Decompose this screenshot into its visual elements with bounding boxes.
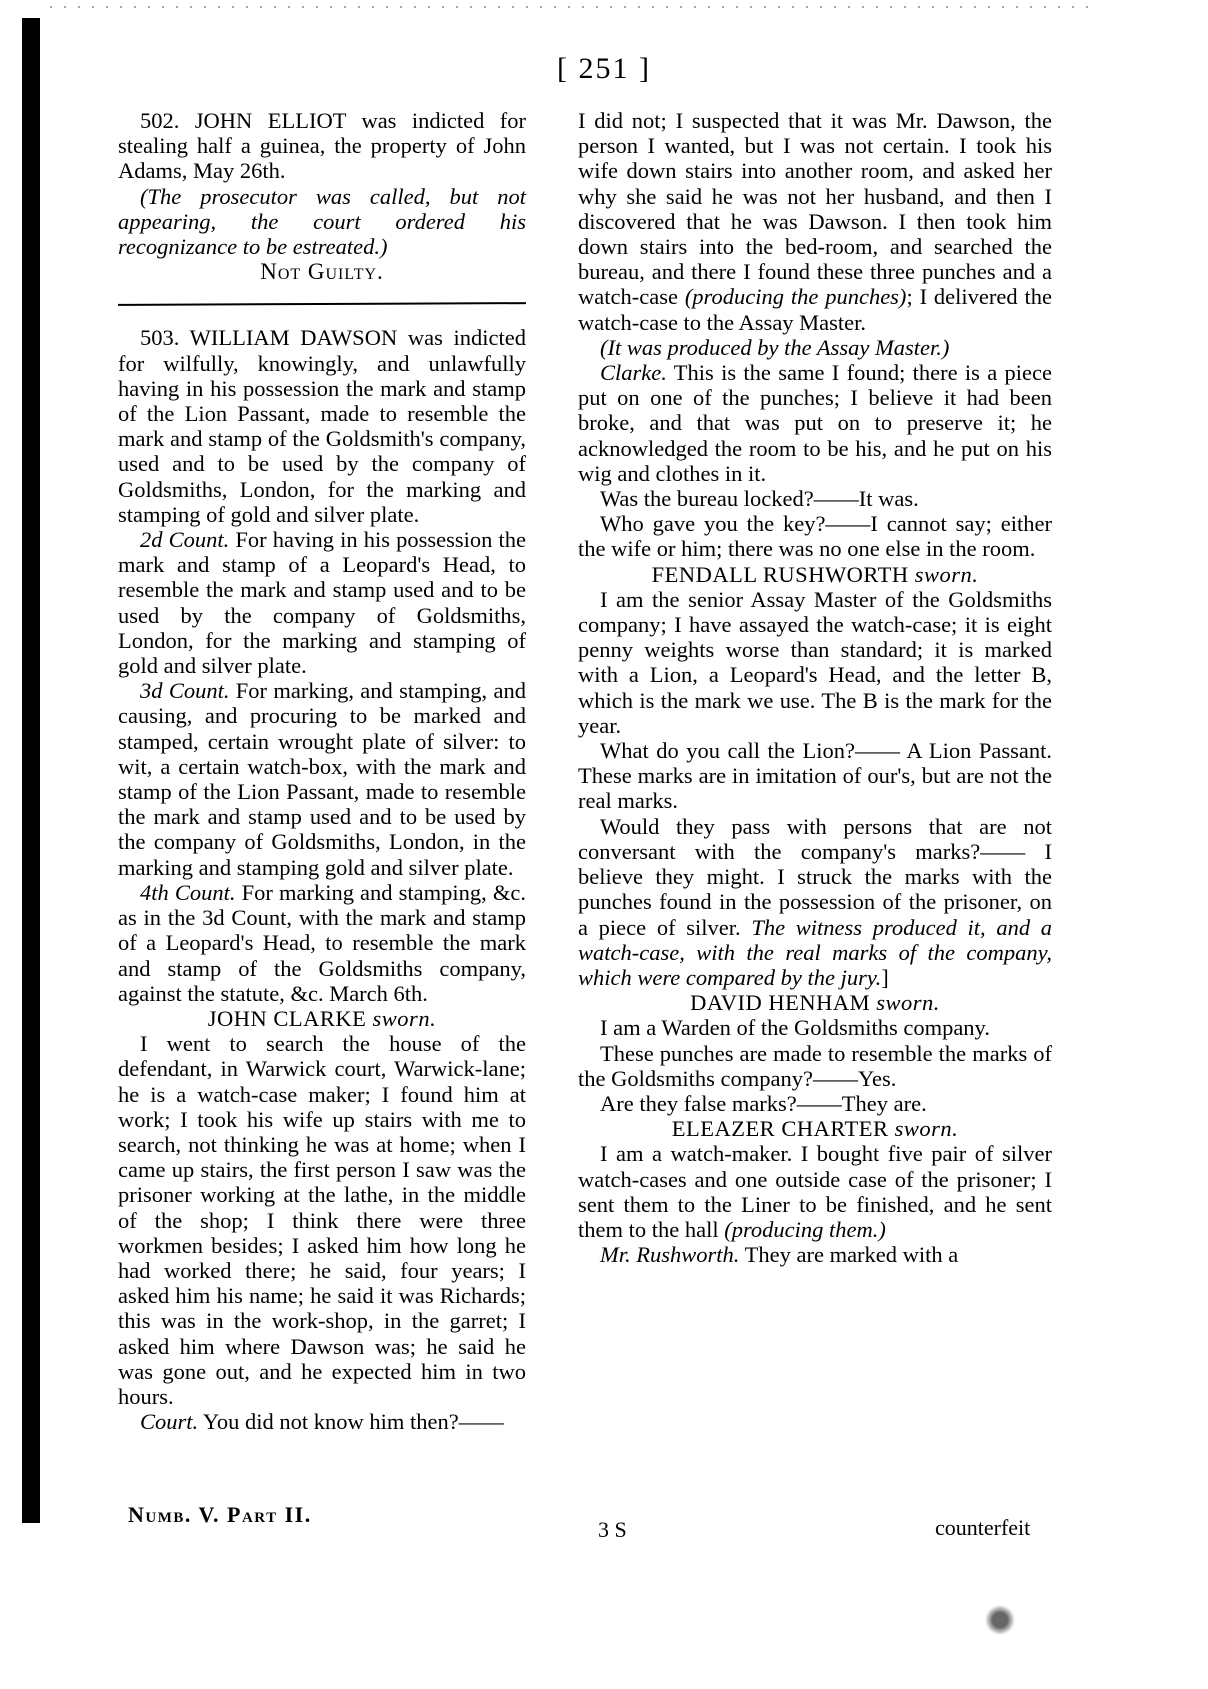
witness-heading-rushworth: FENDALL RUSHWORTH sworn. (578, 562, 1052, 587)
witness-heading-henham: DAVID HENHAM sworn. (578, 990, 1052, 1015)
ink-smudge (980, 1605, 1020, 1635)
clarke-answer-text: I did not; I suspected that it was Mr. D… (578, 108, 1052, 309)
sworn-label: sworn. (895, 1116, 959, 1141)
sworn-label: sworn. (876, 990, 940, 1015)
clarke-answer: I did not; I suspected that it was Mr. D… (578, 108, 1052, 335)
question-pass-end: ] (881, 965, 889, 990)
court-question-text: You did not know him then?—— (198, 1409, 504, 1434)
clarke-label: Clarke. (600, 360, 667, 385)
henham-testimony: I am a Warden of the Goldsmiths company. (578, 1015, 1052, 1040)
count-3-text: For marking, and stamping, and causing, … (118, 678, 526, 879)
page-edge-speckle (50, 6, 1090, 8)
witness-name: ELEAZER CHARTER (672, 1116, 889, 1141)
case-503-count-2: 2d Count. For having in his possession t… (118, 527, 526, 678)
rushworth-label: Mr. Rushworth. (600, 1242, 739, 1267)
question-pass: Would they pass with persons that are no… (578, 814, 1052, 990)
charter-testimony: I am a watch-maker. I bought five pair o… (578, 1141, 1052, 1242)
court-label: Court. (140, 1409, 198, 1434)
question-lion: What do you call the Lion?—— A Lion Pass… (578, 738, 1052, 814)
signature-label: Numb. V. Part II. (128, 1502, 312, 1528)
clarke-second-statement: Clarke. This is the same I found; there … (578, 360, 1052, 486)
page-number: [ 251 ] (0, 52, 1208, 86)
question-bureau-locked: Was the bureau locked?——It was. (578, 486, 1052, 511)
left-column: 502. JOHN ELLIOT was indicted for steali… (118, 108, 526, 1434)
court-question: Court. You did not know him then?—— (118, 1409, 526, 1434)
count-2-label: 2d Count. (140, 527, 229, 552)
rushworth-recalled-text: They are marked with a (739, 1242, 958, 1267)
clarke-answer-italic: (producing the punches) (685, 284, 907, 309)
count-4-label: 4th Count. (140, 880, 236, 905)
count-3-label: 3d Count. (140, 678, 229, 703)
question-punches: These punches are made to resemble the m… (578, 1041, 1052, 1091)
witness-heading-charter: ELEAZER CHARTER sworn. (578, 1116, 1052, 1141)
witness-name: JOHN CLARKE (208, 1006, 367, 1031)
binding-spine-bar (22, 18, 40, 1523)
catchword: counterfeit (935, 1515, 1030, 1541)
witness-name: FENDALL RUSHWORTH (652, 562, 909, 587)
rushworth-recalled: Mr. Rushworth. They are marked with a (578, 1242, 1052, 1267)
witness-heading-clarke: JOHN CLARKE sworn. (118, 1006, 526, 1031)
case-502-lead: 502. JOHN ELLIOT was indicted for steali… (118, 108, 526, 184)
right-column: I did not; I suspected that it was Mr. D… (578, 108, 1052, 1267)
case-502-note: (The prosecutor was called, but not appe… (118, 184, 526, 260)
case-divider (118, 303, 526, 307)
signature-mark: 3 S (598, 1517, 627, 1543)
charter-testimony-italic: (producing them.) (724, 1217, 886, 1242)
rushworth-testimony: I am the senior Assay Master of the Gold… (578, 587, 1052, 738)
case-503-count-3: 3d Count. For marking, and stamping, and… (118, 678, 526, 880)
case-503-lead: 503. WILLIAM DAWSON was indicted for wil… (118, 325, 526, 527)
question-false-marks: Are they false marks?——They are. (578, 1091, 1052, 1116)
produced-note: (It was produced by the Assay Master.) (578, 335, 1052, 360)
question-key: Who gave you the key?——I cannot say; eit… (578, 511, 1052, 561)
sworn-label: sworn. (373, 1006, 437, 1031)
case-502-verdict: Not Guilty. (118, 259, 526, 284)
witness-name: DAVID HENHAM (690, 990, 870, 1015)
clarke-testimony: I went to search the house of the defend… (118, 1031, 526, 1409)
case-503-count-4: 4th Count. For marking and stamping, &c.… (118, 880, 526, 1006)
sworn-label: sworn. (915, 562, 979, 587)
